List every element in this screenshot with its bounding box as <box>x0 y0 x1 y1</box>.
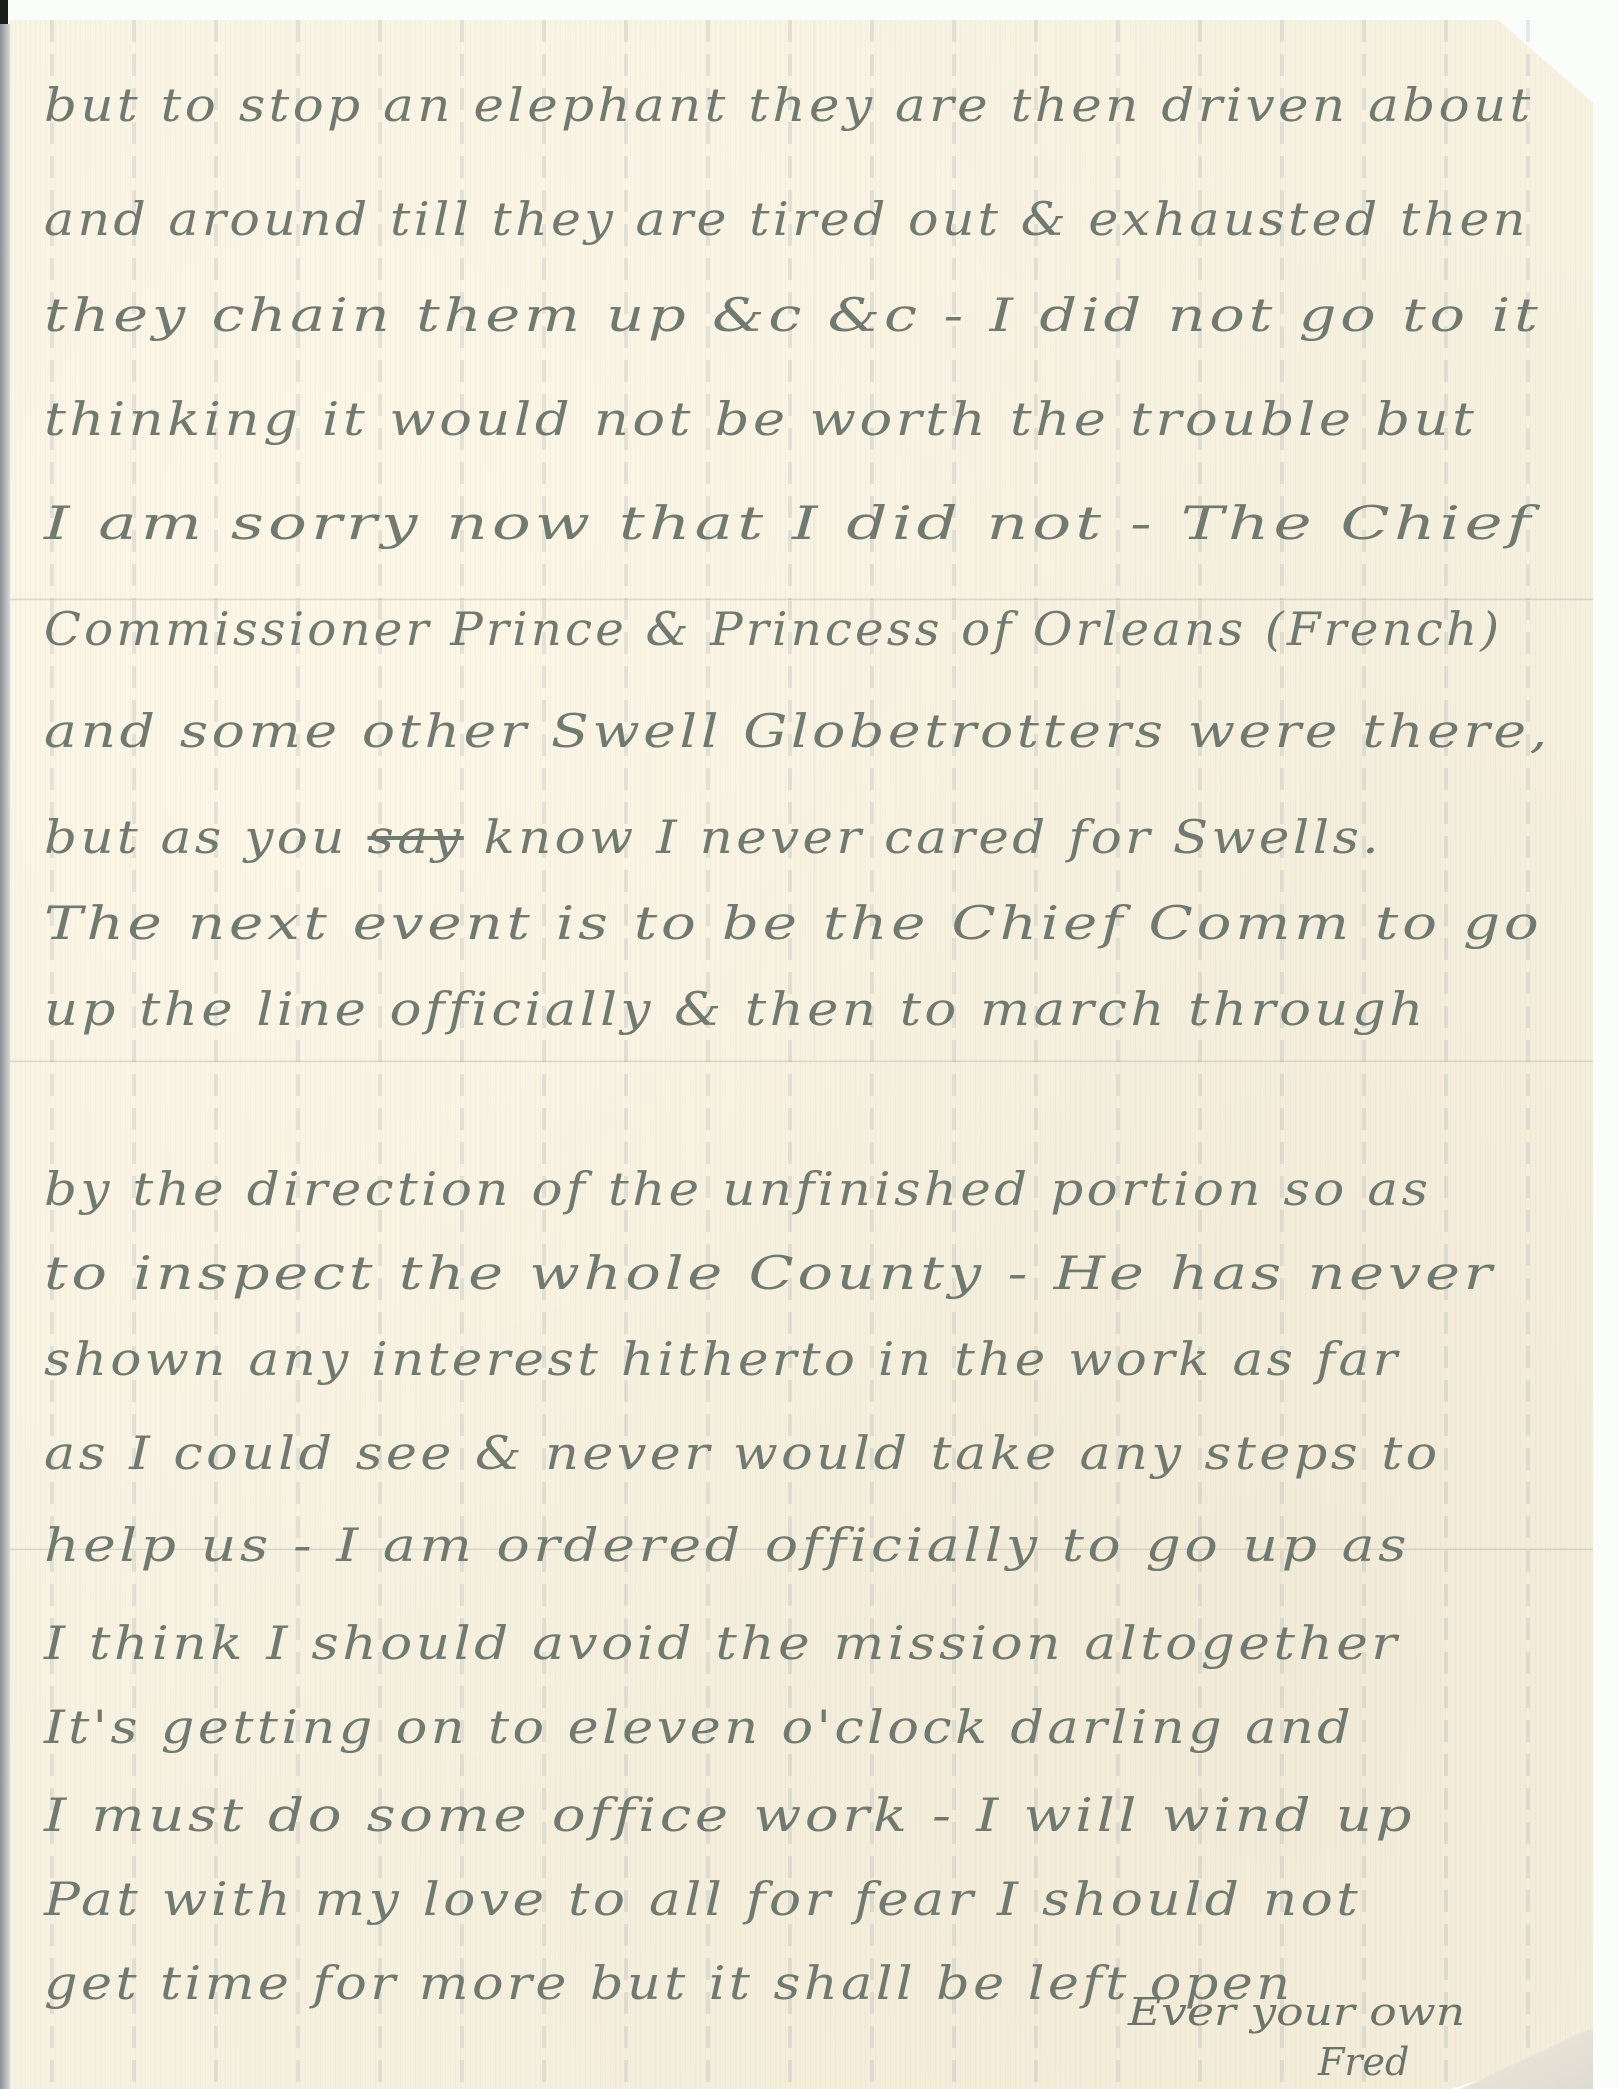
folded-corner <box>1460 2030 1593 2089</box>
letter-line-1: but to stop an elephant they are then dr… <box>44 78 1534 132</box>
letter-line-8-start: but as you <box>44 810 348 864</box>
letter-line-2: and around till they are tired out & exh… <box>44 192 1529 246</box>
letter-line-17: It's getting on to eleven o'clock darlin… <box>44 1700 1354 1754</box>
closing-phrase: Ever your own <box>1128 1990 1465 2034</box>
struck-out-word: say <box>367 810 463 864</box>
letter-line-4: thinking it would not be worth the troub… <box>44 392 1478 446</box>
letter-line-6: Commissioner Prince & Princess of Orlean… <box>44 602 1502 656</box>
letter-line-13: shown any interest hitherto in the work … <box>44 1332 1401 1386</box>
scan-border-dark <box>0 0 8 24</box>
letter-line-10: up the line officially & then to march t… <box>44 982 1427 1036</box>
letter-line-5: I am sorry now that I did not - The Chie… <box>44 496 1535 550</box>
letter-line-14: as I could see & never would take any st… <box>44 1426 1441 1480</box>
horizontal-fold-crease-middle <box>10 1060 1593 1063</box>
letter-line-3: they chain them up &c &c - I did not go … <box>44 288 1542 342</box>
letter-line-8-rest: know I never cared for Swells. <box>484 810 1382 864</box>
letter-line-19: Pat with my love to all for fear I shoul… <box>44 1872 1361 1926</box>
letter-line-16: I think I should avoid the mission altog… <box>44 1616 1400 1670</box>
scan-border-gray <box>0 24 10 2089</box>
letter-line-11: by the direction of the unfinished porti… <box>44 1162 1431 1216</box>
letter-line-12: to inspect the whole County - He has nev… <box>44 1246 1496 1300</box>
letter-line-20: get time for more but it shall be left o… <box>44 1956 1293 2010</box>
horizontal-fold-crease-upper <box>10 598 1593 601</box>
signature: Fred <box>1318 2040 1409 2084</box>
letter-line-7: and some other Swell Globetrotters were … <box>44 704 1551 758</box>
letter-line-18: I must do some office work - I will wind… <box>44 1788 1415 1842</box>
letter-line-8: but as you say know I never cared for Sw… <box>44 810 1382 864</box>
letter-line-9: The next event is to be the Chief Comm t… <box>44 896 1543 950</box>
letter-line-15: help us - I am ordered officially to go … <box>44 1518 1410 1572</box>
